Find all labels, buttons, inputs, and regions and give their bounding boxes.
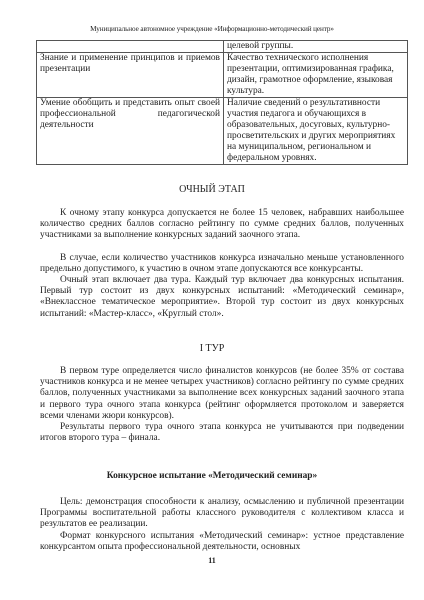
table-row: целевой группы.	[37, 41, 408, 53]
section-heading-seminar: Конкурсное испытание «Методический семин…	[0, 471, 424, 481]
table-cell-indicator: Качество технического исполнения презент…	[224, 53, 408, 98]
page-number: 11	[0, 556, 424, 565]
table-cell-indicator: целевой группы.	[224, 41, 408, 53]
table-row: Умение обобщить и представить опыт своей…	[37, 98, 408, 165]
paragraph: Цель: демонстрация способности к анализу…	[40, 497, 404, 531]
table-cell-criterion	[37, 41, 224, 53]
criteria-table: целевой группы. Знание и применение прин…	[36, 40, 408, 165]
table-cell-indicator: Наличие сведений о результативности учас…	[224, 98, 408, 165]
table-row: Знание и применение принципов и приемов …	[37, 53, 408, 98]
paragraph: Результаты первого тура очного этапа кон…	[40, 422, 404, 444]
section-heading-ochny: ОЧНЫЙ ЭТАП	[0, 184, 424, 195]
paragraph: В случае, если количество участников кон…	[40, 253, 404, 275]
paragraph: К очному этапу конкурса допускается не б…	[40, 208, 404, 242]
section-heading-tour1: I ТУР	[0, 343, 424, 354]
table-cell-criterion: Знание и применение принципов и приемов …	[37, 53, 224, 98]
page-header: Муниципальное автономное учреждение «Инф…	[0, 25, 424, 33]
paragraph: Очный этап включает два тура. Каждый тур…	[40, 275, 404, 320]
table-cell-criterion: Умение обобщить и представить опыт своей…	[37, 98, 224, 165]
paragraph: В первом туре определяется число финалис…	[40, 366, 404, 422]
paragraph: Формат конкурсного испытания «Методическ…	[40, 531, 404, 553]
